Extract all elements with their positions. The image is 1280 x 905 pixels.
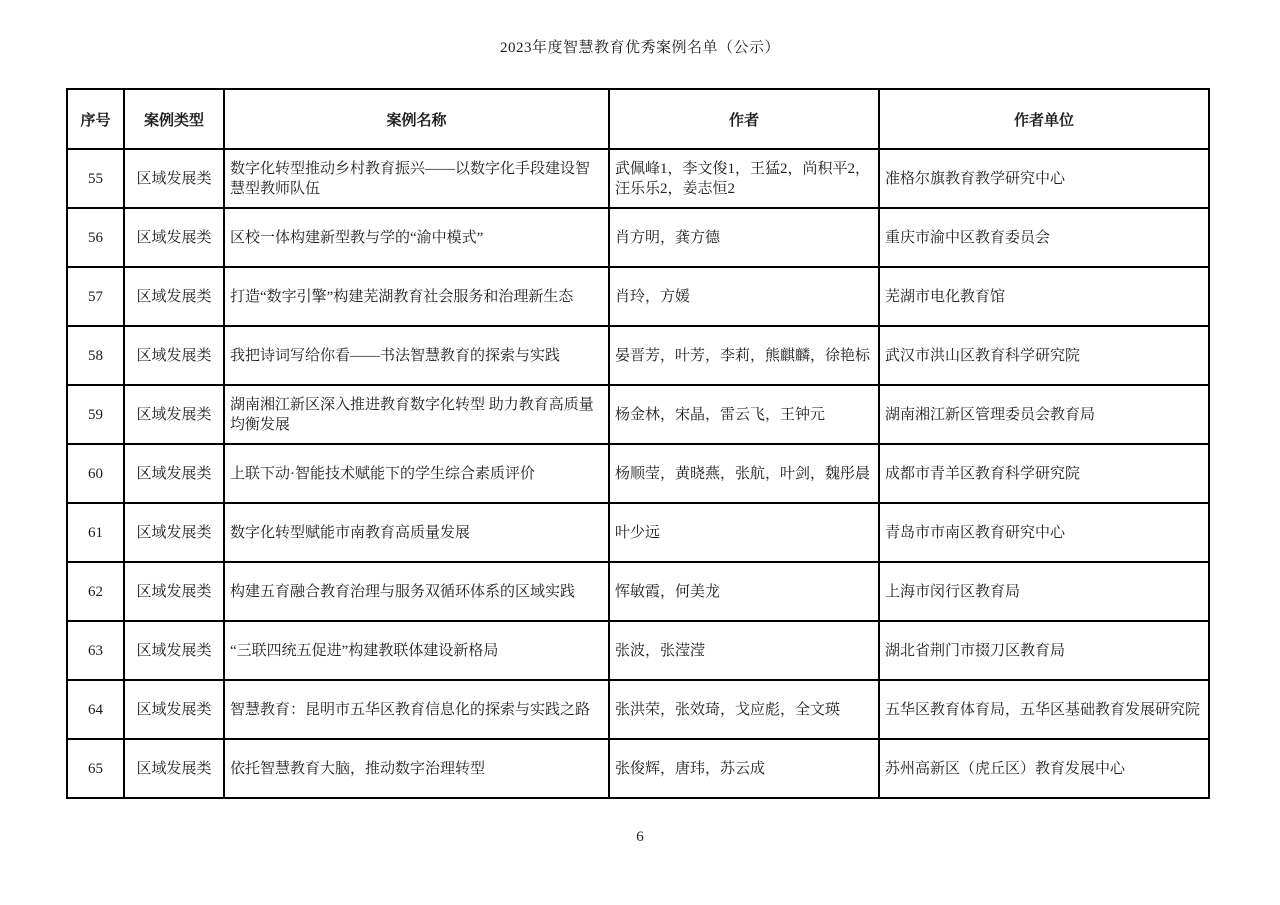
cell-name: “三联四统五促进”构建教联体建设新格局	[224, 621, 609, 680]
table-row: 65区域发展类依托智慧教育大脑，推动数字治理转型张俊辉，唐玮，苏云成苏州高新区（…	[67, 739, 1209, 798]
cell-unit: 准格尔旗教育教学研究中心	[879, 149, 1209, 208]
cell-name: 数字化转型推动乡村教育振兴——以数字化手段建设智慧型教师队伍	[224, 149, 609, 208]
cell-authors: 杨金林，宋晶，雷云飞，王钟元	[609, 385, 879, 444]
cell-unit: 湖南湘江新区管理委员会教育局	[879, 385, 1209, 444]
table-row: 59区域发展类湖南湘江新区深入推进教育数字化转型 助力教育高质量均衡发展杨金林，…	[67, 385, 1209, 444]
table-row: 64区域发展类智慧教育：昆明市五华区教育信息化的探索与实践之路张洪荣，张效琦，戈…	[67, 680, 1209, 739]
cell-no: 59	[67, 385, 124, 444]
cell-no: 62	[67, 562, 124, 621]
cell-no: 64	[67, 680, 124, 739]
cell-type: 区域发展类	[124, 621, 224, 680]
cell-type: 区域发展类	[124, 385, 224, 444]
cell-no: 55	[67, 149, 124, 208]
cell-type: 区域发展类	[124, 739, 224, 798]
header-name: 案例名称	[224, 89, 609, 149]
cell-no: 60	[67, 444, 124, 503]
cell-unit: 成都市青羊区教育科学研究院	[879, 444, 1209, 503]
cell-unit: 湖北省荆门市掇刀区教育局	[879, 621, 1209, 680]
cell-name: 上联下动·智能技术赋能下的学生综合素质评价	[224, 444, 609, 503]
cell-name: 构建五育融合教育治理与服务双循环体系的区域实践	[224, 562, 609, 621]
cell-no: 61	[67, 503, 124, 562]
cell-type: 区域发展类	[124, 444, 224, 503]
cell-unit: 芜湖市电化教育馆	[879, 267, 1209, 326]
table-row: 61区域发展类数字化转型赋能市南教育高质量发展叶少远青岛市市南区教育研究中心	[67, 503, 1209, 562]
cell-name: 依托智慧教育大脑，推动数字治理转型	[224, 739, 609, 798]
cell-authors: 张洪荣，张效琦，戈应彪，全文瑛	[609, 680, 879, 739]
header-type: 案例类型	[124, 89, 224, 149]
cell-type: 区域发展类	[124, 680, 224, 739]
cell-authors: 恽敏霞，何美龙	[609, 562, 879, 621]
cell-authors: 张波，张滢滢	[609, 621, 879, 680]
cell-name: 打造“数字引擎”构建芜湖教育社会服务和治理新生态	[224, 267, 609, 326]
cell-no: 56	[67, 208, 124, 267]
cell-authors: 肖方明，龚方德	[609, 208, 879, 267]
cell-type: 区域发展类	[124, 503, 224, 562]
cell-name: 湖南湘江新区深入推进教育数字化转型 助力教育高质量均衡发展	[224, 385, 609, 444]
cell-type: 区域发展类	[124, 208, 224, 267]
cell-no: 58	[67, 326, 124, 385]
table-row: 62区域发展类构建五育融合教育治理与服务双循环体系的区域实践恽敏霞，何美龙上海市…	[67, 562, 1209, 621]
page-number: 6	[0, 829, 1280, 846]
cell-unit: 五华区教育体育局，五华区基础教育发展研究院	[879, 680, 1209, 739]
header-authors: 作者	[609, 89, 879, 149]
header-no: 序号	[67, 89, 124, 149]
cell-name: 数字化转型赋能市南教育高质量发展	[224, 503, 609, 562]
cell-authors: 叶少远	[609, 503, 879, 562]
table-row: 56区域发展类区校一体构建新型教与学的“渝中模式”肖方明，龚方德重庆市渝中区教育…	[67, 208, 1209, 267]
table-row: 58区域发展类我把诗词写给你看——书法智慧教育的探索与实践晏晋芳，叶芳，李莉，熊…	[67, 326, 1209, 385]
table-row: 60区域发展类上联下动·智能技术赋能下的学生综合素质评价杨顺莹，黄晓燕，张航，叶…	[67, 444, 1209, 503]
cell-unit: 重庆市渝中区教育委员会	[879, 208, 1209, 267]
cell-no: 57	[67, 267, 124, 326]
cell-unit: 上海市闵行区教育局	[879, 562, 1209, 621]
cell-unit: 武汉市洪山区教育科学研究院	[879, 326, 1209, 385]
cell-type: 区域发展类	[124, 326, 224, 385]
cell-authors: 张俊辉，唐玮，苏云成	[609, 739, 879, 798]
table-row: 63区域发展类“三联四统五促进”构建教联体建设新格局张波，张滢滢湖北省荆门市掇刀…	[67, 621, 1209, 680]
cell-name: 智慧教育：昆明市五华区教育信息化的探索与实践之路	[224, 680, 609, 739]
cell-authors: 武佩峰1，李文俊1，王猛2，尚积平2，汪乐乐2，姜志恒2	[609, 149, 879, 208]
header-unit: 作者单位	[879, 89, 1209, 149]
table-row: 55区域发展类数字化转型推动乡村教育振兴——以数字化手段建设智慧型教师队伍武佩峰…	[67, 149, 1209, 208]
cell-authors: 晏晋芳，叶芳，李莉，熊麒麟，徐艳标	[609, 326, 879, 385]
cell-name: 我把诗词写给你看——书法智慧教育的探索与实践	[224, 326, 609, 385]
cell-no: 65	[67, 739, 124, 798]
page-title: 2023年度智慧教育优秀案例名单（公示）	[0, 0, 1280, 57]
cell-unit: 苏州高新区（虎丘区）教育发展中心	[879, 739, 1209, 798]
cell-no: 63	[67, 621, 124, 680]
table-header-row: 序号 案例类型 案例名称 作者 作者单位	[67, 89, 1209, 149]
cell-type: 区域发展类	[124, 267, 224, 326]
cell-unit: 青岛市市南区教育研究中心	[879, 503, 1209, 562]
cases-table: 序号 案例类型 案例名称 作者 作者单位 55区域发展类数字化转型推动乡村教育振…	[66, 88, 1210, 799]
cell-name: 区校一体构建新型教与学的“渝中模式”	[224, 208, 609, 267]
cell-authors: 肖玲，方媛	[609, 267, 879, 326]
cell-authors: 杨顺莹，黄晓燕，张航，叶剑，魏彤晨	[609, 444, 879, 503]
cell-type: 区域发展类	[124, 149, 224, 208]
table-row: 57区域发展类打造“数字引擎”构建芜湖教育社会服务和治理新生态肖玲，方媛芜湖市电…	[67, 267, 1209, 326]
cell-type: 区域发展类	[124, 562, 224, 621]
